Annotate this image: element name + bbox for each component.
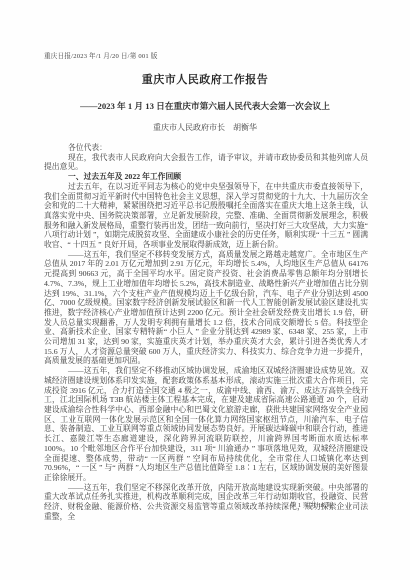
byline-mayor: 重庆市人民政府市长 胡衡华 — [0, 122, 410, 133]
paragraph-regional-coordination: ——这五年，我们坚定不移推动区域协调发展，成渝地区双城经济圈建设成势见效。双城经… — [44, 366, 368, 482]
source-meta-line: 重庆日报/2023 年/1 月/20 日/第 001 版 — [44, 50, 157, 60]
intro-paragraph: 现在，我代表市人民政府向大会报告工作，请予审议，并请市政协委员和其他列席人员提出… — [44, 153, 368, 172]
salutation: 各位代表： — [44, 143, 368, 153]
section-heading: 一、过去五年及 2022 年工作回顾 — [44, 172, 368, 182]
paragraph-high-quality-development: ——这五年，我们坚定不移转变发展方式，高质量发展之路越走越宽广。全市地区生产总值… — [44, 250, 368, 366]
paragraph-five-years-overview: 过去五年，在以习近平同志为核心的党中央坚强领导下，在中共重庆市委直接领导下，我们… — [44, 182, 368, 250]
document-subtitle: ——2023 年 1 月 13 日在重庆市第六届人民代表大会第一次会议上 — [0, 100, 410, 112]
page-number: 第 1 页 共 16 页 — [290, 500, 332, 509]
document-page: 重庆日报/2023 年/1 月/20 日/第 001 版 重庆市人民政府工作报告… — [0, 0, 410, 580]
document-body: 各位代表： 现在，我代表市人民政府向大会报告工作，请予审议，并请市政协委员和其他… — [44, 143, 368, 521]
document-title: 重庆市人民政府工作报告 — [0, 71, 410, 87]
